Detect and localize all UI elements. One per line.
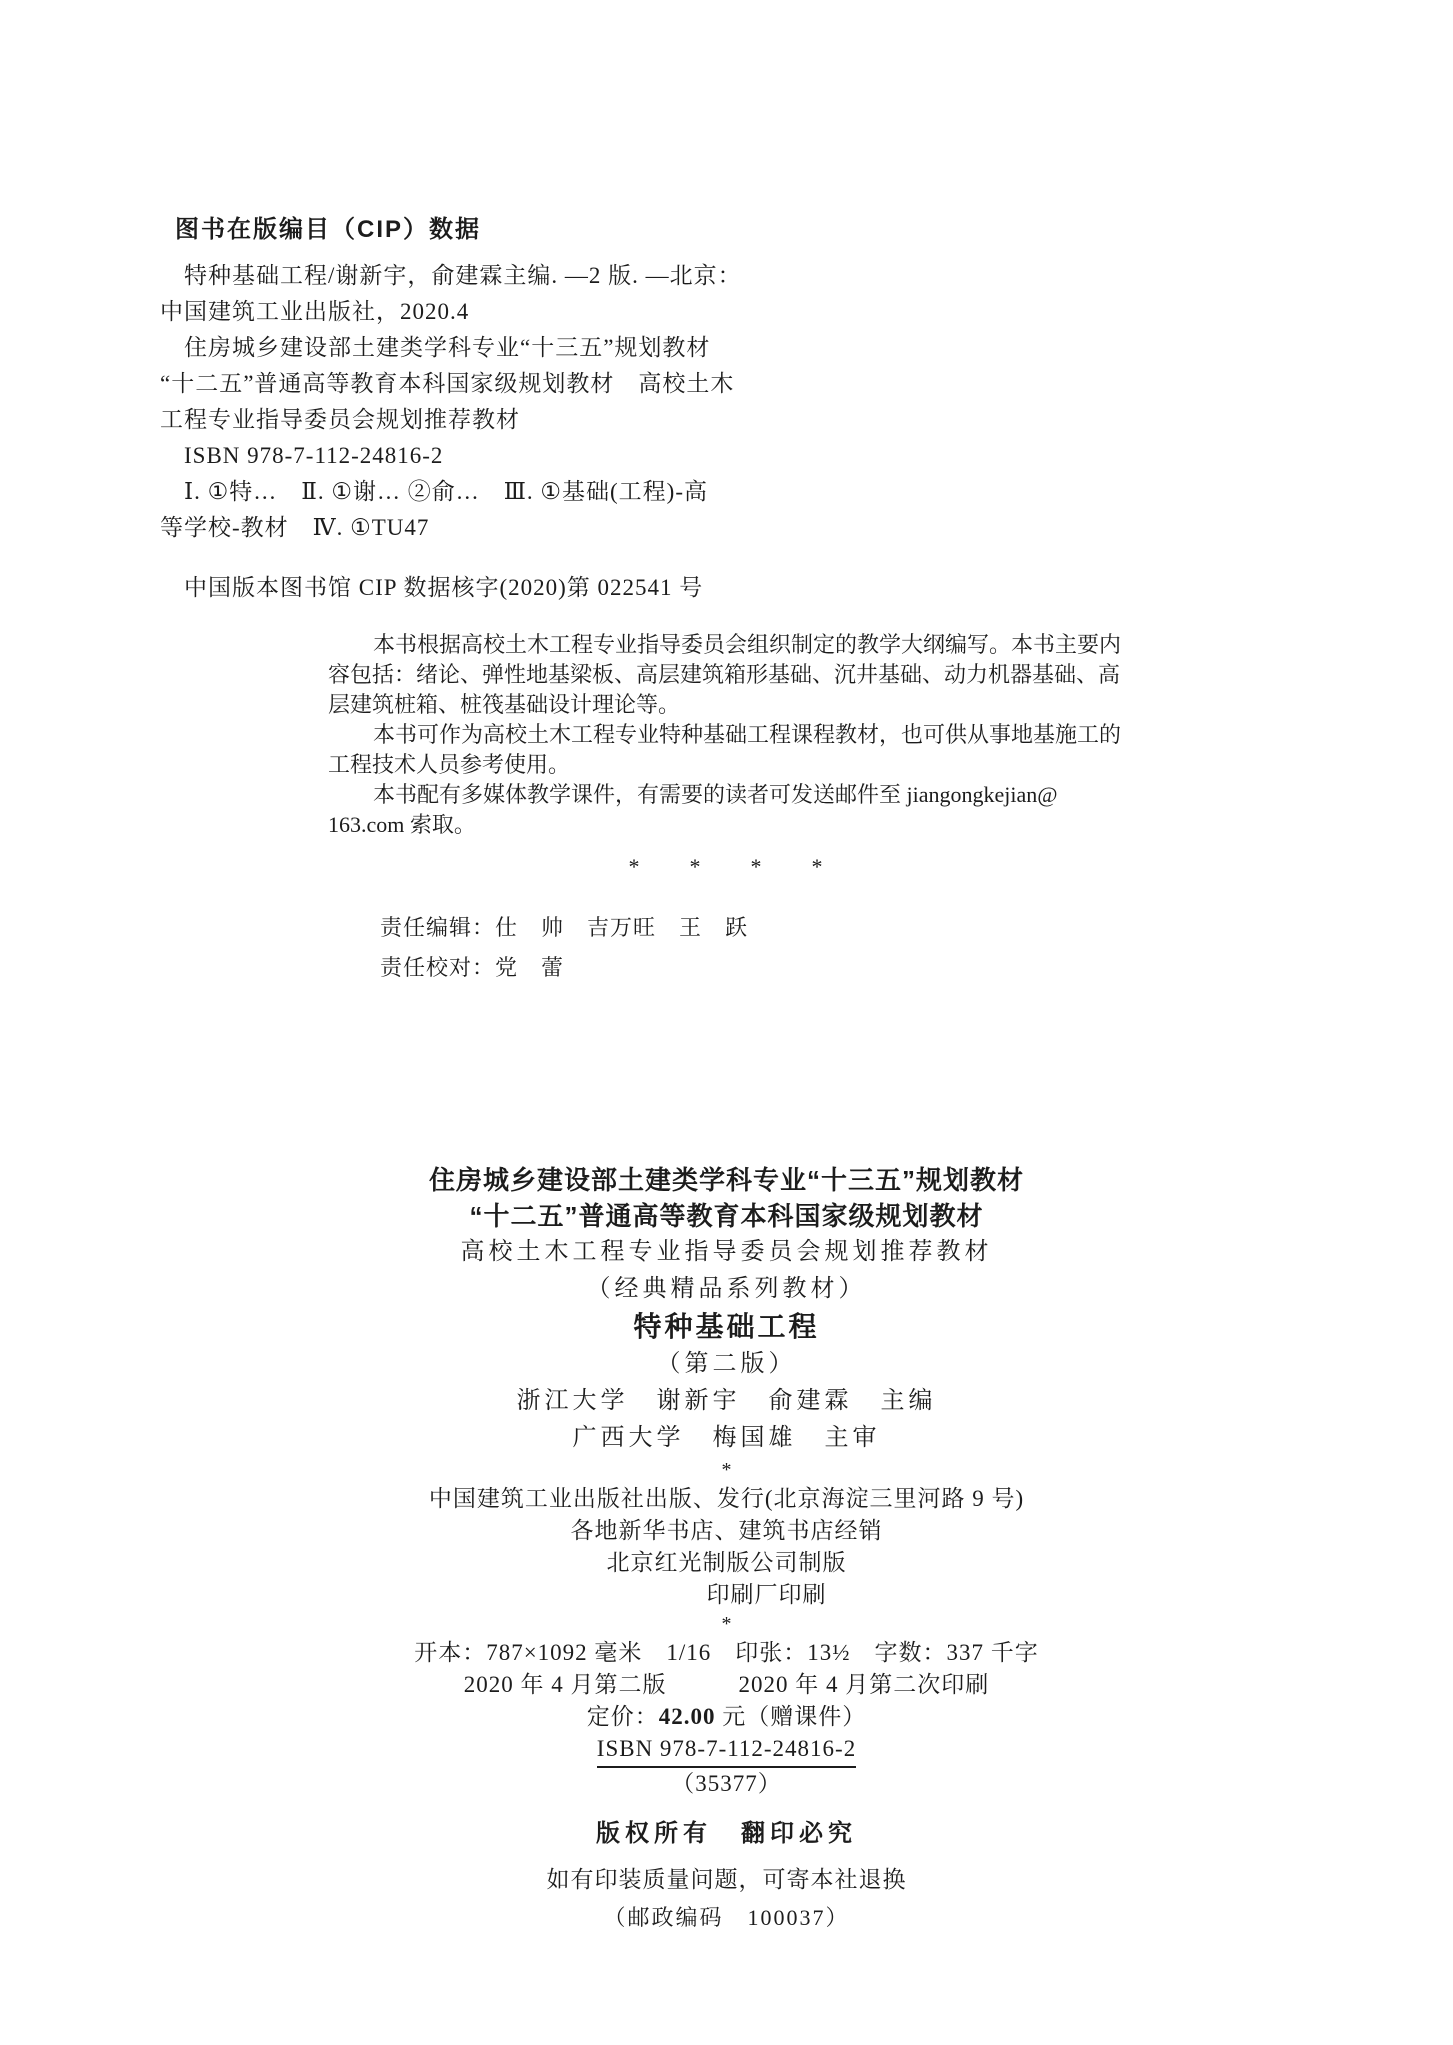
printing-line: 印刷厂印刷 [40, 1579, 1453, 1611]
book-title: 特种基础工程 [0, 1308, 1453, 1346]
platemaking-line: 北京红光制版公司制版 [0, 1547, 1453, 1579]
intro-line: 工程技术人员参考使用。 [328, 750, 1128, 780]
book-introduction: 本书根据高校土木工程专业指导委员会组织制定的教学大纲编写。本书主要内 容包括：绪… [328, 630, 1128, 840]
cip-line: 工程专业指导委员会规划推荐教材 [160, 402, 820, 438]
cip-line: “十二五”普通高等教育本科国家级规划教材 高校土木 [160, 366, 820, 402]
copyright-notice: 版权所有 翻印必究 [0, 1818, 1453, 1850]
cip-line: 特种基础工程/谢新宇，俞建霖主编. —2 版. —北京： [160, 258, 820, 294]
price-suffix: 元（赠课件） [716, 1704, 867, 1729]
intro-line: 容包括：绪论、弹性地基梁板、高层建筑箱形基础、沉井基础、动力机器基础、高 [328, 660, 1128, 690]
series-title-line: 高校土木工程专业指导委员会规划推荐教材 [0, 1234, 1453, 1271]
intro-line: 本书配有多媒体教学课件，有需要的读者可发送邮件至 jiangongkejian@ [328, 780, 1128, 810]
reviewer-line: 广西大学 梅国雄 主审 [0, 1420, 1453, 1457]
isbn-line: ISBN 978-7-112-24816-2 [0, 1733, 1453, 1768]
format-line: 开本：787×1092 毫米 1/16 印张：13½ 字数：337 千字 [0, 1637, 1453, 1669]
series-title-line: “十二五”普通高等教育本科国家级规划教材 [0, 1198, 1453, 1234]
intro-line: 本书根据高校土木工程专业指导委员会组织制定的教学大纲编写。本书主要内 [328, 630, 1128, 660]
responsible-staff-block: 责任编辑：仕 帅 吉万旺 王 跃 责任校对：党 蕾 [380, 908, 748, 988]
price-line: 定价：42.00 元（赠课件） [0, 1701, 1453, 1733]
series-subtitle-line: （经典精品系列教材） [0, 1271, 1453, 1308]
cip-record-number-line: 中国版本图书馆 CIP 数据核字(2020)第 022541 号 [160, 570, 820, 606]
cip-classification-line: 等学校-教材 Ⅳ. ①TU47 [160, 510, 820, 546]
publisher-line: 中国建筑工业出版社出版、发行(北京海淀三里河路 9 号) [0, 1483, 1453, 1515]
cip-isbn-line: ISBN 978-7-112-24816-2 [160, 438, 820, 474]
chief-editor-line: 浙江大学 谢新宇 俞建霖 主编 [0, 1383, 1453, 1420]
asterisk-separator: * * * * [0, 850, 1453, 881]
responsible-proofreader-line: 责任校对：党 蕾 [380, 948, 748, 988]
intro-line: 层建筑桩箱、桩筏基础设计理论等。 [328, 690, 1128, 720]
cip-block: 图书在版编目（CIP）数据 特种基础工程/谢新宇，俞建霖主编. —2 版. —北… [160, 212, 820, 606]
price-value: 42.00 [659, 1704, 716, 1729]
cip-classification-line: Ⅰ. ①特… Ⅱ. ①谢… ②俞… Ⅲ. ①基础(工程)-高 [160, 474, 820, 510]
series-title-line: 住房城乡建设部土建类学科专业“十三五”规划教材 [0, 1162, 1453, 1198]
responsible-editor-line: 责任编辑：仕 帅 吉万旺 王 跃 [380, 908, 748, 948]
price-label: 定价： [587, 1704, 659, 1729]
distribution-line: 各地新华书店、建筑书店经销 [0, 1515, 1453, 1547]
cip-line: 中国建筑工业出版社，2020.4 [160, 294, 820, 330]
intro-line: 163.com 索取。 [328, 810, 1128, 840]
asterisk-divider: * [0, 1611, 1453, 1637]
cip-line: 住房城乡建设部土建类学科专业“十三五”规划教材 [160, 330, 820, 366]
intro-line: 本书可作为高校土木工程专业特种基础工程课程教材，也可供从事地基施工的 [328, 720, 1128, 750]
postal-code-line: （邮政编码 100037） [0, 1902, 1453, 1934]
isbn-text: ISBN 978-7-112-24816-2 [597, 1733, 856, 1768]
edition-label: （第二版） [0, 1346, 1453, 1383]
quality-notice: 如有印装质量问题，可寄本社退换 [0, 1864, 1453, 1896]
asterisk-divider: * [0, 1457, 1453, 1483]
cip-header: 图书在版编目（CIP）数据 [175, 212, 820, 248]
colophon-block: 住房城乡建设部土建类学科专业“十三五”规划教材 “十二五”普通高等教育本科国家级… [0, 1162, 1453, 1934]
book-number-line: （35377） [0, 1768, 1453, 1800]
edition-print-line: 2020 年 4 月第二版 2020 年 4 月第二次印刷 [0, 1669, 1453, 1701]
